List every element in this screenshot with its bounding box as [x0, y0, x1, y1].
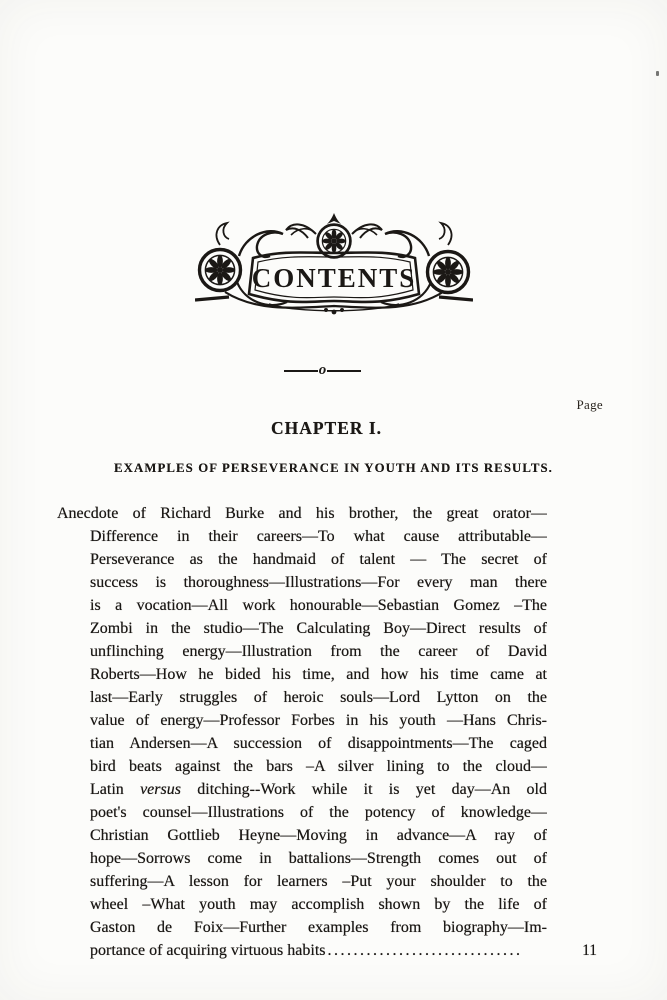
toc-last-line: portance of acquiring virtuous habits ..… — [57, 939, 597, 962]
toc-line: wheel –What youth may accomplish shown b… — [57, 893, 547, 916]
right-rosette-icon — [427, 252, 468, 293]
toc-line: success is thoroughness—Illustrations—Fo… — [57, 571, 547, 594]
toc-lines: Anecdote of Richard Burke and his brothe… — [57, 502, 597, 939]
divider-symbol: o — [319, 363, 327, 378]
toc-line: unflinching energy—Illustration from the… — [57, 640, 547, 663]
toc-line: suffering—A lesson for learners –Put you… — [57, 870, 547, 893]
finial-icon — [327, 213, 341, 224]
chapter-subtitle: EXAMPLES OF PERSEVERANCE IN YOUTH AND IT… — [0, 461, 667, 476]
bottom-ornament-dots — [324, 308, 344, 314]
toc-line: bird beats against the bars –A silver li… — [57, 755, 547, 778]
toc-line: poet's counsel—Illustrations of the pote… — [57, 801, 547, 824]
section-divider: o — [0, 363, 656, 379]
toc-line: Zombi in the studio—The Calculating Boy—… — [57, 617, 547, 640]
toc-last-text: portance of acquiring virtuous habits — [90, 939, 326, 962]
page-column-label: Page — [577, 397, 603, 413]
divider-rule — [284, 370, 318, 373]
chapter-heading: CHAPTER I. — [0, 418, 660, 439]
entry-page-number: 11 — [573, 939, 597, 962]
dot-leader: .............................. — [328, 939, 548, 962]
toc-line: last—Early struggles of heroic souls—Lor… — [57, 686, 547, 709]
toc-line: tian Andersen—A succession of disappoint… — [57, 732, 547, 755]
toc-line: Christian Gottlieb Heyne—Moving in advan… — [57, 824, 547, 847]
left-rosette-icon — [199, 250, 240, 291]
contents-ornament-graphic: CONTENTS — [195, 212, 473, 320]
toc-line: value of energy—Professor Forbes in his … — [57, 709, 547, 732]
toc-line: Latin versus ditching--Work while it is … — [57, 778, 547, 801]
scan-speck — [656, 71, 659, 76]
toc-line: Gaston de Foix—Further examples from bio… — [57, 916, 547, 939]
toc-line: is a vocation—All work honourable—Sebast… — [57, 594, 547, 617]
toc-line: Roberts—How he bided his time, and how h… — [57, 663, 547, 686]
toc-line: Anecdote of Richard Burke and his brothe… — [57, 502, 547, 525]
toc-entry: Anecdote of Richard Burke and his brothe… — [57, 502, 597, 962]
divider-rule — [327, 370, 361, 373]
top-rosette-icon — [317, 225, 350, 258]
toc-line: hope—Sorrows come in battalions—Strength… — [57, 847, 547, 870]
contents-ornament: CONTENTS — [195, 212, 473, 325]
ornament-title: CONTENTS — [251, 263, 416, 293]
toc-line: Perseverance as the handmaid of talent —… — [57, 548, 547, 571]
book-page: CONTENTS o Page CHAPTER I. EXAMPLES OF P… — [0, 0, 667, 1000]
toc-line: Difference in their careers—To what caus… — [57, 525, 547, 548]
